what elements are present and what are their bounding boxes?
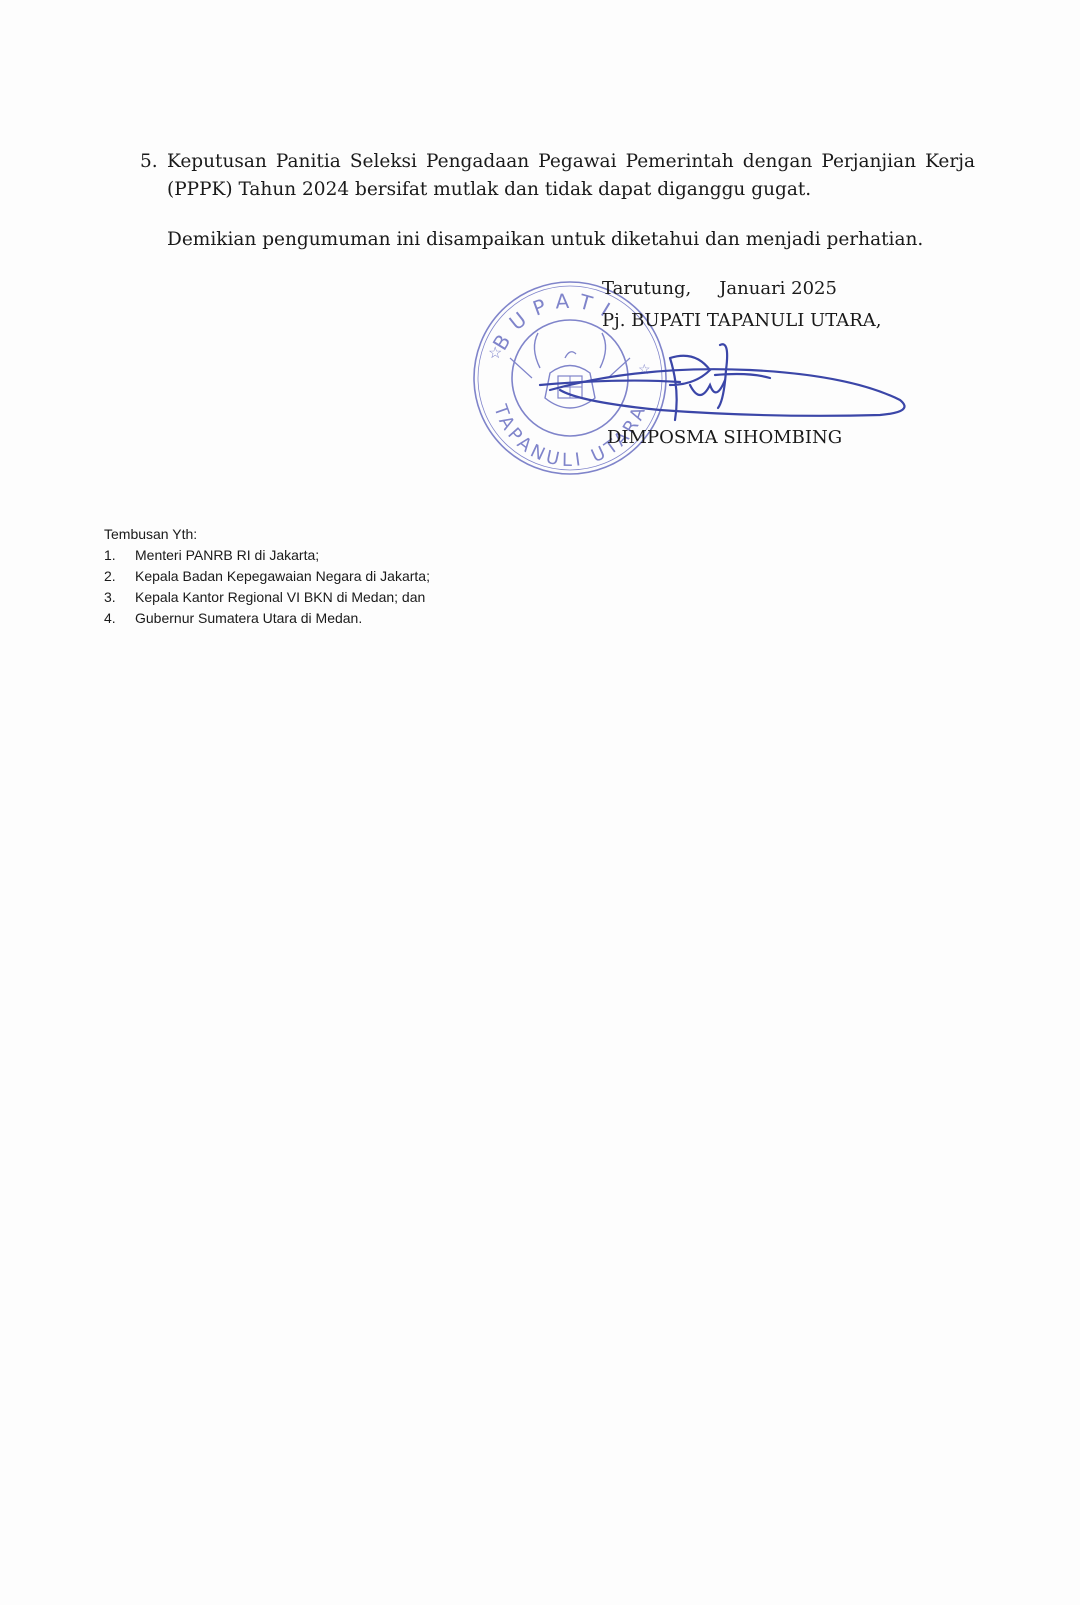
word: dengan: [743, 148, 813, 176]
carbon-copy-list: Tembusan Yth: 1.Menteri PANRB RI di Jaka…: [104, 524, 430, 629]
cc-title: Tembusan Yth:: [104, 524, 430, 545]
cc-item: 3.Kepala Kantor Regional VI BKN di Medan…: [104, 587, 430, 608]
cc-item: 4.Gubernur Sumatera Utara di Medan.: [104, 608, 430, 629]
item-line-2: (PPPK) Tahun 2024 bersifat mutlak dan ti…: [167, 176, 975, 204]
cc-number: 1.: [104, 545, 116, 566]
word: Pegawai: [538, 148, 616, 176]
cc-number: 4.: [104, 608, 116, 629]
signatory-office: Pj. BUPATI TAPANULI UTARA,: [602, 310, 882, 331]
cc-text: Kepala Badan Kepegawaian Negara di Jakar…: [135, 568, 430, 584]
signatory-name: DIMPOSMA SIHOMBING: [607, 427, 842, 448]
cc-number: 2.: [104, 566, 116, 587]
cc-number: 3.: [104, 587, 116, 608]
place-date: Tarutung,Januari 2025: [602, 278, 837, 299]
handwritten-signature: [520, 330, 920, 440]
word: Kerja: [925, 148, 975, 176]
word: Seleksi: [350, 148, 417, 176]
cc-text: Kepala Kantor Regional VI BKN di Medan; …: [135, 589, 425, 605]
cc-item: 1.Menteri PANRB RI di Jakarta;: [104, 545, 430, 566]
place: Tarutung,: [602, 278, 691, 299]
cc-text: Menteri PANRB RI di Jakarta;: [135, 547, 319, 563]
cc-text: Gubernur Sumatera Utara di Medan.: [135, 610, 362, 626]
closing-statement: Demikian pengumuman ini disampaikan untu…: [167, 229, 923, 250]
svg-text:☆: ☆: [488, 345, 502, 362]
item-line-1: Keputusan Panitia Seleksi Pengadaan Pega…: [167, 148, 975, 176]
word: Pemerintah: [626, 148, 734, 176]
list-item-5: 5. Keputusan Panitia Seleksi Pengadaan P…: [140, 148, 975, 204]
date: Januari 2025: [719, 278, 837, 299]
cc-item: 2.Kepala Badan Kepegawaian Negara di Jak…: [104, 566, 430, 587]
word: Panitia: [276, 148, 341, 176]
word: Pengadaan: [426, 148, 529, 176]
item-number: 5.: [140, 148, 158, 176]
word: Keputusan: [167, 148, 267, 176]
word: Perjanjian: [821, 148, 916, 176]
